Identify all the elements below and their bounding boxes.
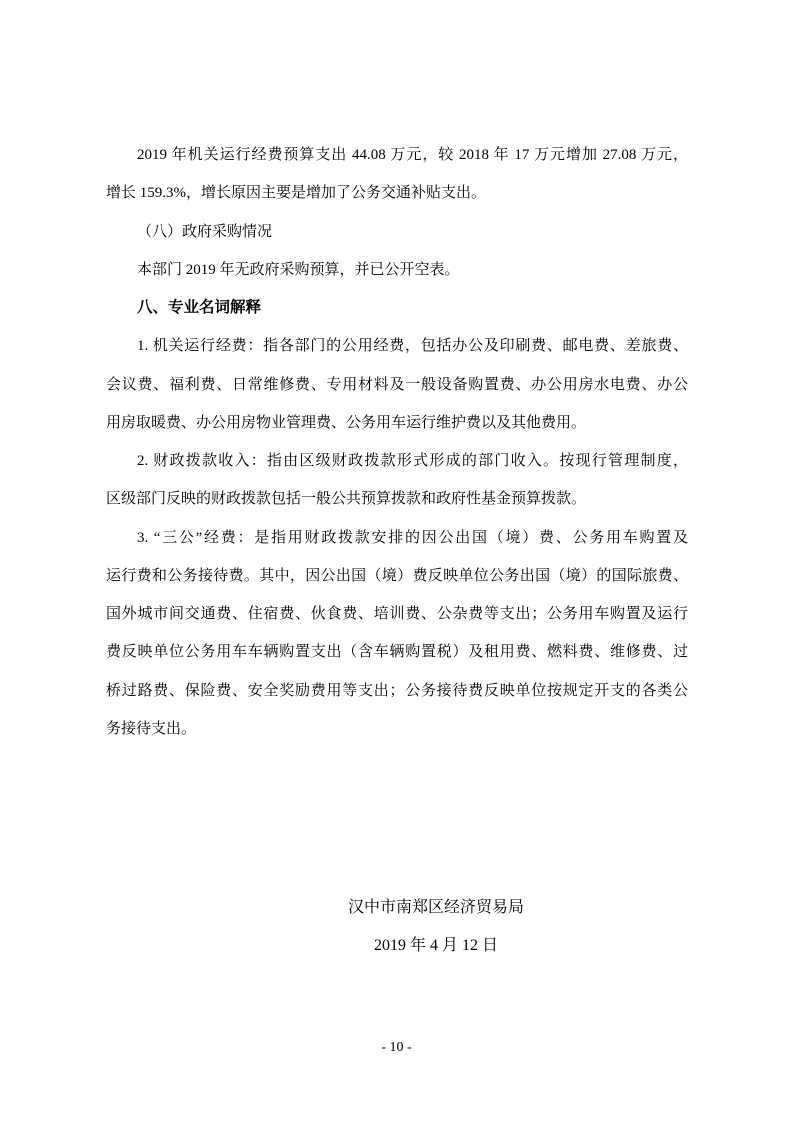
text-line: 本部门 2019 年无政府采购预算，并已公开空表。 — [106, 251, 688, 289]
page-footer: - 10 - — [0, 1039, 793, 1057]
text-line: （八）政府采购情况 — [106, 213, 688, 251]
document-page: 2019 年机关运行经费预算支出 44.08 万元，较 2018 年 17 万元… — [0, 0, 793, 1122]
signature-block: 汉中市南郑区经济贸易局 2019 年 4 月 12 日 — [145, 889, 727, 966]
text-line: 费反映单位公务用车车辆购置支出（含车辆购置税）及租用费、燃料费、维修费、过 — [106, 633, 688, 671]
paragraph: 本部门 2019 年无政府采购预算，并已公开空表。 — [106, 251, 688, 289]
text-line: 会议费、福利费、日常维修费、专用材料及一般设备购置费、办公用房水电费、办公 — [106, 366, 688, 404]
text-line: 桥过路费、保险费、安全奖励费用等支出；公务接待费反映单位按规定开支的各类公 — [106, 672, 688, 710]
paragraph: 1. 机关运行经费：指各部门的公用经费，包括办公及印刷费、邮电费、差旅费、会议费… — [106, 327, 688, 442]
text-line: 1. 机关运行经费：指各部门的公用经费，包括办公及印刷费、邮电费、差旅费、 — [106, 327, 688, 365]
text-line: 3. “三公”经费：是指用财政拨款安排的因公出国（境）费、公务用车购置及 — [106, 519, 688, 557]
signature-org: 汉中市南郑区经济贸易局 — [145, 889, 727, 927]
paragraph: 2. 财政拨款收入：指由区级财政拨款形式形成的部门收入。按现行管理制度，区级部门… — [106, 442, 688, 519]
text-line: 2. 财政拨款收入：指由区级财政拨款形式形成的部门收入。按现行管理制度， — [106, 442, 688, 480]
text-line: 用房取暖费、办公用房物业管理费、公务用车运行维护费以及其他费用。 — [106, 404, 688, 442]
paragraph: 2019 年机关运行经费预算支出 44.08 万元，较 2018 年 17 万元… — [106, 136, 688, 213]
paragraph: （八）政府采购情况 — [106, 213, 688, 251]
text-line: 增长 159.3%，增长原因主要是增加了公务交通补贴支出。 — [106, 174, 688, 212]
signature-date: 2019 年 4 月 12 日 — [145, 927, 727, 965]
text-line: 区级部门反映的财政拨款包括一般公共预算拨款和政府性基金预算拨款。 — [106, 480, 688, 518]
text-line: 国外城市间交通费、住宿费、伙食费、培训费、公杂费等支出；公务用车购置及运行 — [106, 595, 688, 633]
page-number-label: - 10 - — [0, 1039, 793, 1057]
text-line: 八、专业名词解释 — [106, 289, 688, 327]
text-line: 2019 年机关运行经费预算支出 44.08 万元，较 2018 年 17 万元… — [106, 136, 688, 174]
text-line: 务接待支出。 — [106, 710, 688, 748]
section-heading: 八、专业名词解释 — [106, 289, 688, 327]
paragraph: 3. “三公”经费：是指用财政拨款安排的因公出国（境）费、公务用车购置及运行费和… — [106, 519, 688, 749]
text-line: 运行费和公务接待费。其中，因公出国（境）费反映单位公务出国（境）的国际旅费、 — [106, 557, 688, 595]
document-body: 2019 年机关运行经费预算支出 44.08 万元，较 2018 年 17 万元… — [106, 136, 688, 748]
